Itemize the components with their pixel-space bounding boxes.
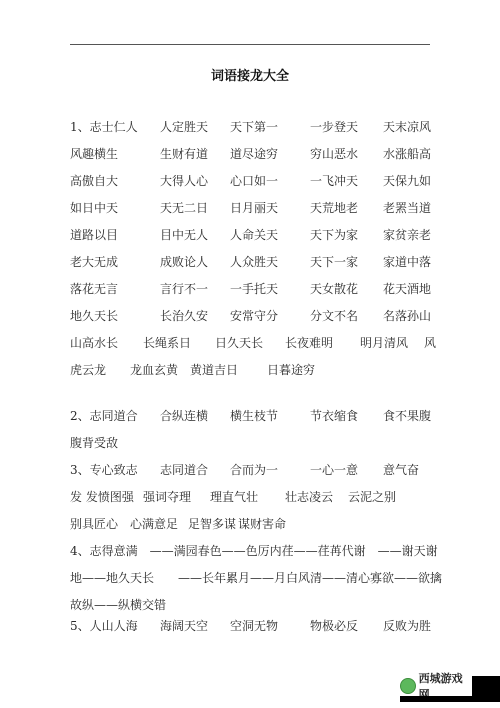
idiom: 如日中天	[70, 199, 118, 216]
idiom: 日暮途穷	[267, 361, 315, 378]
idiom: 言行不一	[160, 280, 208, 297]
idiom: 人命关天	[230, 226, 278, 243]
page-title: 词语接龙大全	[0, 65, 500, 84]
idiom-row: 地久天长长治久安安常守分分文不名名落孙山	[70, 307, 430, 325]
idiom: 天下一家	[310, 253, 358, 270]
idiom: 天无二日	[160, 199, 208, 216]
idiom-row: 别具匠心心满意足足智多谋谋财害命	[70, 515, 430, 533]
idiom: 3、专心致志	[70, 461, 138, 478]
idiom: 道尽途穷	[230, 145, 278, 162]
idiom-chain-line: 故纵——纵横交错	[70, 596, 166, 613]
idiom: 日月丽天	[230, 199, 278, 216]
idiom: 足智多谋	[188, 515, 236, 532]
idiom: 日久天长	[215, 334, 263, 351]
idiom: 家道中落	[383, 253, 431, 270]
idiom: 人众胜天	[230, 253, 278, 270]
idiom-row: 5、人山人海海阔天空空洞无物物极必反反败为胜	[70, 617, 430, 635]
idiom: 云泥之别	[348, 488, 396, 505]
logo-icon	[400, 678, 416, 694]
idiom-row: 高傲自大大得人心心口如一一飞冲天天保九如	[70, 172, 430, 190]
idiom: 天下为家	[310, 226, 358, 243]
idiom: 一飞冲天	[310, 172, 358, 189]
idiom: 腹背受敌	[70, 434, 118, 451]
idiom: 横生枝节	[230, 407, 278, 424]
idiom: 人定胜天	[160, 118, 208, 135]
idiom: 分文不名	[310, 307, 358, 324]
idiom: 目中无人	[160, 226, 208, 243]
idiom: 穷山恶水	[310, 145, 358, 162]
idiom: 天保九如	[383, 172, 431, 189]
idiom: 长夜难明	[285, 334, 333, 351]
idiom: 长治久安	[160, 307, 208, 324]
idiom-row: 如日中天天无二日日月丽天天荒地老老罴当道	[70, 199, 430, 217]
idiom: 空洞无物	[230, 617, 278, 634]
idiom: 理直气壮	[210, 488, 258, 505]
idiom: 风趣横生	[70, 145, 118, 162]
idiom-row: 落花无言言行不一一手托天天女散花花天酒地	[70, 280, 430, 298]
idiom: 5、人山人海	[70, 617, 138, 634]
idiom: 食不果腹	[383, 407, 431, 424]
watermark-logo: 西城游戏网	[400, 676, 472, 696]
idiom: 志同道合	[160, 461, 208, 478]
idiom: 天荒地老	[310, 199, 358, 216]
idiom-row: 2、志同道合合纵连横横生枝节节衣缩食食不果腹	[70, 407, 430, 425]
idiom: 壮志凌云	[285, 488, 333, 505]
idiom: 黄道吉日	[190, 361, 238, 378]
idiom-chain-line: 4、志得意满 ——满园春色——色厉内荏——荏苒代谢 ——谢天谢	[70, 542, 438, 559]
idiom: 老大无成	[70, 253, 118, 270]
idiom-row: 1、志士仁人人定胜天天下第一一步登天天末凉风	[70, 118, 430, 136]
idiom: 家贫亲老	[383, 226, 431, 243]
watermark-bar	[472, 676, 500, 698]
idiom: 意气奋	[383, 461, 419, 478]
idiom: 合纵连横	[160, 407, 208, 424]
idiom: 发 发愤图强	[70, 488, 134, 505]
idiom: 虎云龙	[70, 361, 106, 378]
idiom: 长绳系日	[143, 334, 191, 351]
idiom-row: 发 发愤图强强词夺理理直气壮壮志凌云云泥之别	[70, 488, 430, 506]
idiom-row: 道路以目目中无人人命关天天下为家家贫亲老	[70, 226, 430, 244]
idiom: 水涨船高	[383, 145, 431, 162]
idiom: 天下第一	[230, 118, 278, 135]
idiom: 龙血玄黄	[130, 361, 178, 378]
idiom: 老罴当道	[383, 199, 431, 216]
idiom-row: 风趣横生生财有道道尽途穷穷山恶水水涨船高	[70, 145, 430, 163]
idiom: 成败论人	[160, 253, 208, 270]
top-rule	[70, 44, 430, 45]
idiom: 心满意足	[130, 515, 178, 532]
idiom: 道路以目	[70, 226, 118, 243]
idiom: 安常守分	[230, 307, 278, 324]
idiom: 风	[424, 334, 436, 351]
watermark-underbar	[400, 696, 500, 702]
idiom: 一心一意	[310, 461, 358, 478]
idiom: 别具匠心	[70, 515, 118, 532]
idiom: 山高水长	[70, 334, 118, 351]
idiom: 高傲自大	[70, 172, 118, 189]
idiom: 大得人心	[160, 172, 208, 189]
idiom: 天女散花	[310, 280, 358, 297]
idiom-row: 老大无成成败论人人众胜天天下一家家道中落	[70, 253, 430, 271]
idiom: 1、志士仁人	[70, 118, 138, 135]
idiom: 谋财害命	[238, 515, 286, 532]
idiom: 2、志同道合	[70, 407, 138, 424]
idiom: 一手托天	[230, 280, 278, 297]
idiom-row: 山高水长长绳系日日久天长长夜难明明月清风风	[70, 334, 430, 352]
idiom: 天末凉风	[383, 118, 431, 135]
idiom-row: 虎云龙龙血玄黄黄道吉日日暮途穷	[70, 361, 430, 379]
idiom: 节衣缩食	[310, 407, 358, 424]
idiom: 生财有道	[160, 145, 208, 162]
idiom: 反败为胜	[383, 617, 431, 634]
idiom: 地久天长	[70, 307, 118, 324]
idiom: 合而为一	[230, 461, 278, 478]
idiom: 明月清风	[360, 334, 408, 351]
idiom-chain-line: 地——地久天长 ——长年累月——月白风清——清心寡欲——欲擒	[70, 569, 442, 586]
idiom: 物极必反	[310, 617, 358, 634]
idiom: 一步登天	[310, 118, 358, 135]
idiom-row: 3、专心致志志同道合合而为一一心一意意气奋	[70, 461, 430, 479]
idiom-row: 腹背受敌	[70, 434, 430, 452]
idiom: 名落孙山	[383, 307, 431, 324]
idiom: 海阔天空	[160, 617, 208, 634]
idiom: 强词夺理	[143, 488, 191, 505]
idiom: 心口如一	[230, 172, 278, 189]
idiom: 花天酒地	[383, 280, 431, 297]
idiom: 落花无言	[70, 280, 118, 297]
